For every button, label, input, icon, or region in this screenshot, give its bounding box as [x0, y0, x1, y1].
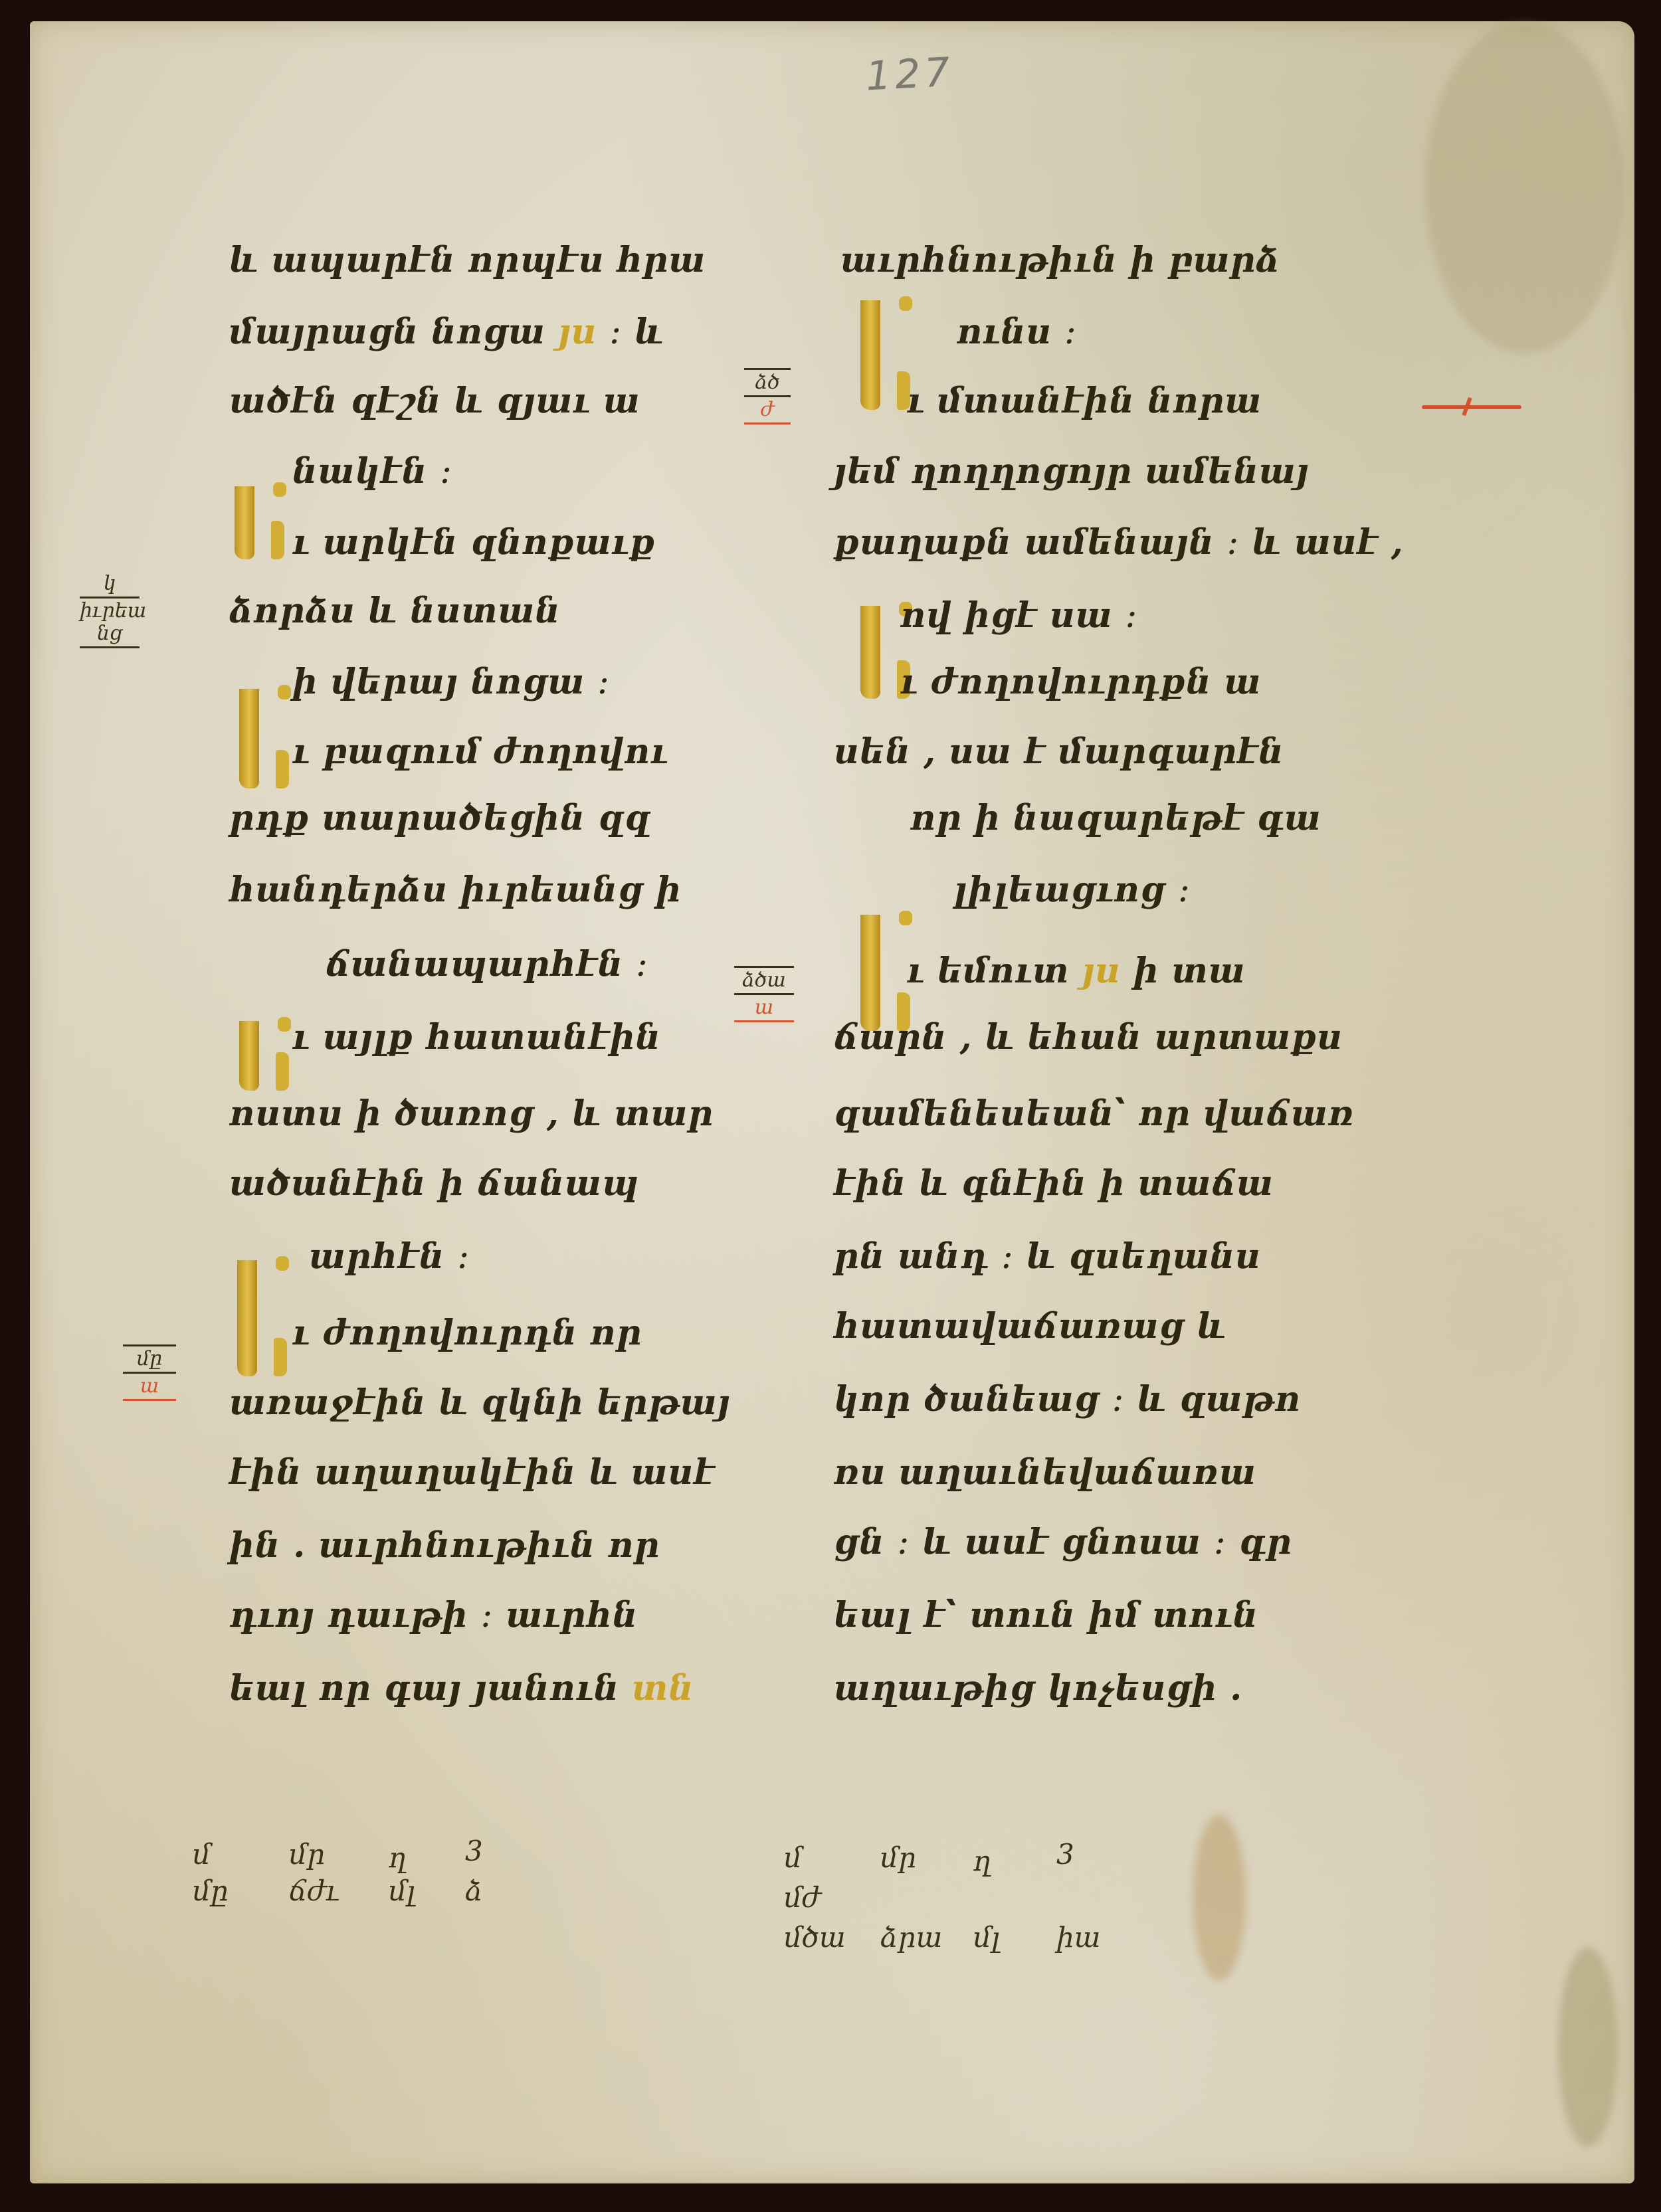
margin-note-top: մը [137, 1347, 162, 1370]
divider [734, 993, 794, 995]
text-line: եալ որ գայ յանուն տն [229, 1662, 694, 1715]
text-line: ճանապարհէն ։ [326, 938, 648, 991]
text-line: քաղաքն ամենայն ։ և ասէ , [834, 516, 1404, 569]
tally-item: ձրա [880, 1921, 942, 1954]
text-line: ճարն , և եհան արտաքս [834, 1011, 1343, 1064]
text-line: հատավաճառաց և [834, 1300, 1226, 1353]
divider [123, 1372, 176, 1374]
gilded-abbreviation: յս [558, 312, 597, 352]
margin-note-top: կ [104, 572, 116, 595]
text-line: ցն ։ և ասէ ցնոսա ։ գր [834, 1516, 1292, 1569]
text-line: րդք տարածեցին զզ [229, 792, 650, 845]
divider [734, 1020, 794, 1022]
text-line: ւ եմուտ յս ի տա [907, 945, 1246, 998]
gold-initial-e [237, 1260, 257, 1376]
text-line: արհէն ։ [309, 1230, 470, 1283]
text-line: առաջէին և զկնի երթայ [229, 1376, 730, 1429]
tally-item: մլ [973, 1921, 1000, 1954]
tally-item: մ [193, 1838, 211, 1871]
tally-item: ղ [389, 1841, 407, 1874]
text-line: ի վերայ նոցա ։ [292, 656, 610, 709]
margin-note-red: ժ [761, 398, 774, 421]
text-line: սեն , սա է մարգարէն [834, 725, 1284, 779]
red-marginal-mark [1422, 405, 1521, 409]
text-line: ւ այլք հատանէին [292, 1011, 661, 1064]
text-line: զամենեսեան՝ որ վաճառ [834, 1087, 1355, 1141]
tally-item: մլ [389, 1875, 415, 1907]
text-line: լիլեացւոց ։ [953, 864, 1191, 917]
text-line: յեմ ղողղոցոյր ամենայ [834, 445, 1309, 498]
edge-stain [1558, 1948, 1618, 2147]
folio-number: 127 [864, 49, 955, 100]
divider [734, 966, 794, 968]
text-line: ռս աղաւնեվաճառա [834, 1446, 1256, 1499]
text-line: ին ․ աւրհնութիւն որ [229, 1519, 660, 1572]
text-span: մայրացն նոցա յս ։ և [229, 312, 664, 352]
text-line: մայրացն նոցա յս ։ և [229, 306, 664, 359]
margin-note-canon: ձծ ժ [744, 367, 791, 426]
text-line: որ ի նազարեթէ գա [910, 792, 1321, 845]
margin-note-top: ձծ [755, 371, 779, 394]
text-line: էին և գնէին ի տաճա [834, 1157, 1274, 1210]
text-line: ոստս ի ծառոց , և տար [229, 1087, 714, 1141]
tally-item: մծա [784, 1921, 846, 1954]
margin-note-text: իւրեա նց [80, 599, 146, 645]
divider [744, 395, 791, 397]
tally-item: իա [1056, 1921, 1101, 1954]
manuscript-leaf: 127 և ապարէն որպէս հրա մայրացն նոցա յս ։… [30, 21, 1634, 2183]
brown-stain [1193, 1815, 1246, 1981]
text-line: ւ ժողովուրդքն ա [900, 656, 1261, 709]
divider [80, 597, 140, 599]
divider [123, 1399, 176, 1401]
gold-initial-e [239, 1021, 259, 1091]
text-line: ւ ժողովուրդն որ [292, 1307, 642, 1360]
text-line: ածանէին ի ճանապ [229, 1157, 639, 1210]
tally-item: մը [193, 1875, 229, 1907]
text-line: աւրհնութիւն ի բարձ [840, 234, 1280, 287]
tally-item: ճժւ [289, 1875, 340, 1907]
text-line: ւ արկէն զնոքաւք [292, 516, 655, 569]
divider [80, 646, 140, 648]
divider [123, 1344, 176, 1346]
tally-item: մ [784, 1841, 802, 1874]
tally-item: մր [289, 1838, 325, 1871]
text-line: րն անդ ։ և զսեղանս [834, 1230, 1261, 1283]
gold-initial-e [860, 606, 880, 699]
text-line: էին աղաղակէին և ասէ [229, 1446, 715, 1499]
margin-note-top: ձծա [742, 968, 786, 992]
margin-note-canon: մը ա [123, 1343, 176, 1402]
text-line: եալ է՝ տուն իմ տուն [834, 1589, 1258, 1642]
text-line: ւ մտանէին նորա [907, 375, 1262, 428]
text-line: ով իցէ սա ։ [900, 589, 1137, 642]
text-line: ածէն զէշն և զյաւ ա [229, 375, 640, 428]
text-line: կոր ծանեաց ։ և զաթո [834, 1373, 1301, 1426]
text-line: նակէն ։ [292, 445, 452, 498]
gilded-abbreviation: տն [632, 1668, 694, 1708]
text-line: դւոյ դաւթի ։ աւրհն [229, 1589, 638, 1642]
tally-item: ձ [465, 1875, 482, 1907]
text-line: և ապարէն որպէս հրա [229, 234, 706, 287]
text-line: ւ բազում ժողովու [292, 725, 668, 779]
water-stain [1425, 21, 1624, 353]
text-line: հանդերձս իւրեանց ի [229, 864, 682, 917]
tally-item: 3 [1056, 1838, 1074, 1871]
margin-note-canon: ձծա ա [734, 965, 794, 1024]
tally-item: ղ [973, 1845, 991, 1877]
gilded-abbreviation: յս [1082, 951, 1120, 991]
margin-note-red: ա [755, 996, 773, 1019]
margin-note-lection: կ իւրեա նց [80, 573, 140, 650]
margin-note-red: ա [140, 1374, 159, 1398]
tally-item: 3 [465, 1835, 483, 1867]
text-line: ունս ։ [957, 306, 1077, 359]
tally-item: մժ [784, 1881, 821, 1914]
gold-initial-e [860, 300, 880, 410]
text-line: աղաւթից կոչեսցի ․ [834, 1662, 1242, 1715]
divider [744, 422, 791, 424]
text-line: ձորձս և նստան [229, 585, 561, 638]
gold-initial-e [235, 486, 254, 559]
tally-item: մր [880, 1841, 916, 1874]
divider [744, 368, 791, 370]
gold-initial-e [239, 689, 259, 788]
